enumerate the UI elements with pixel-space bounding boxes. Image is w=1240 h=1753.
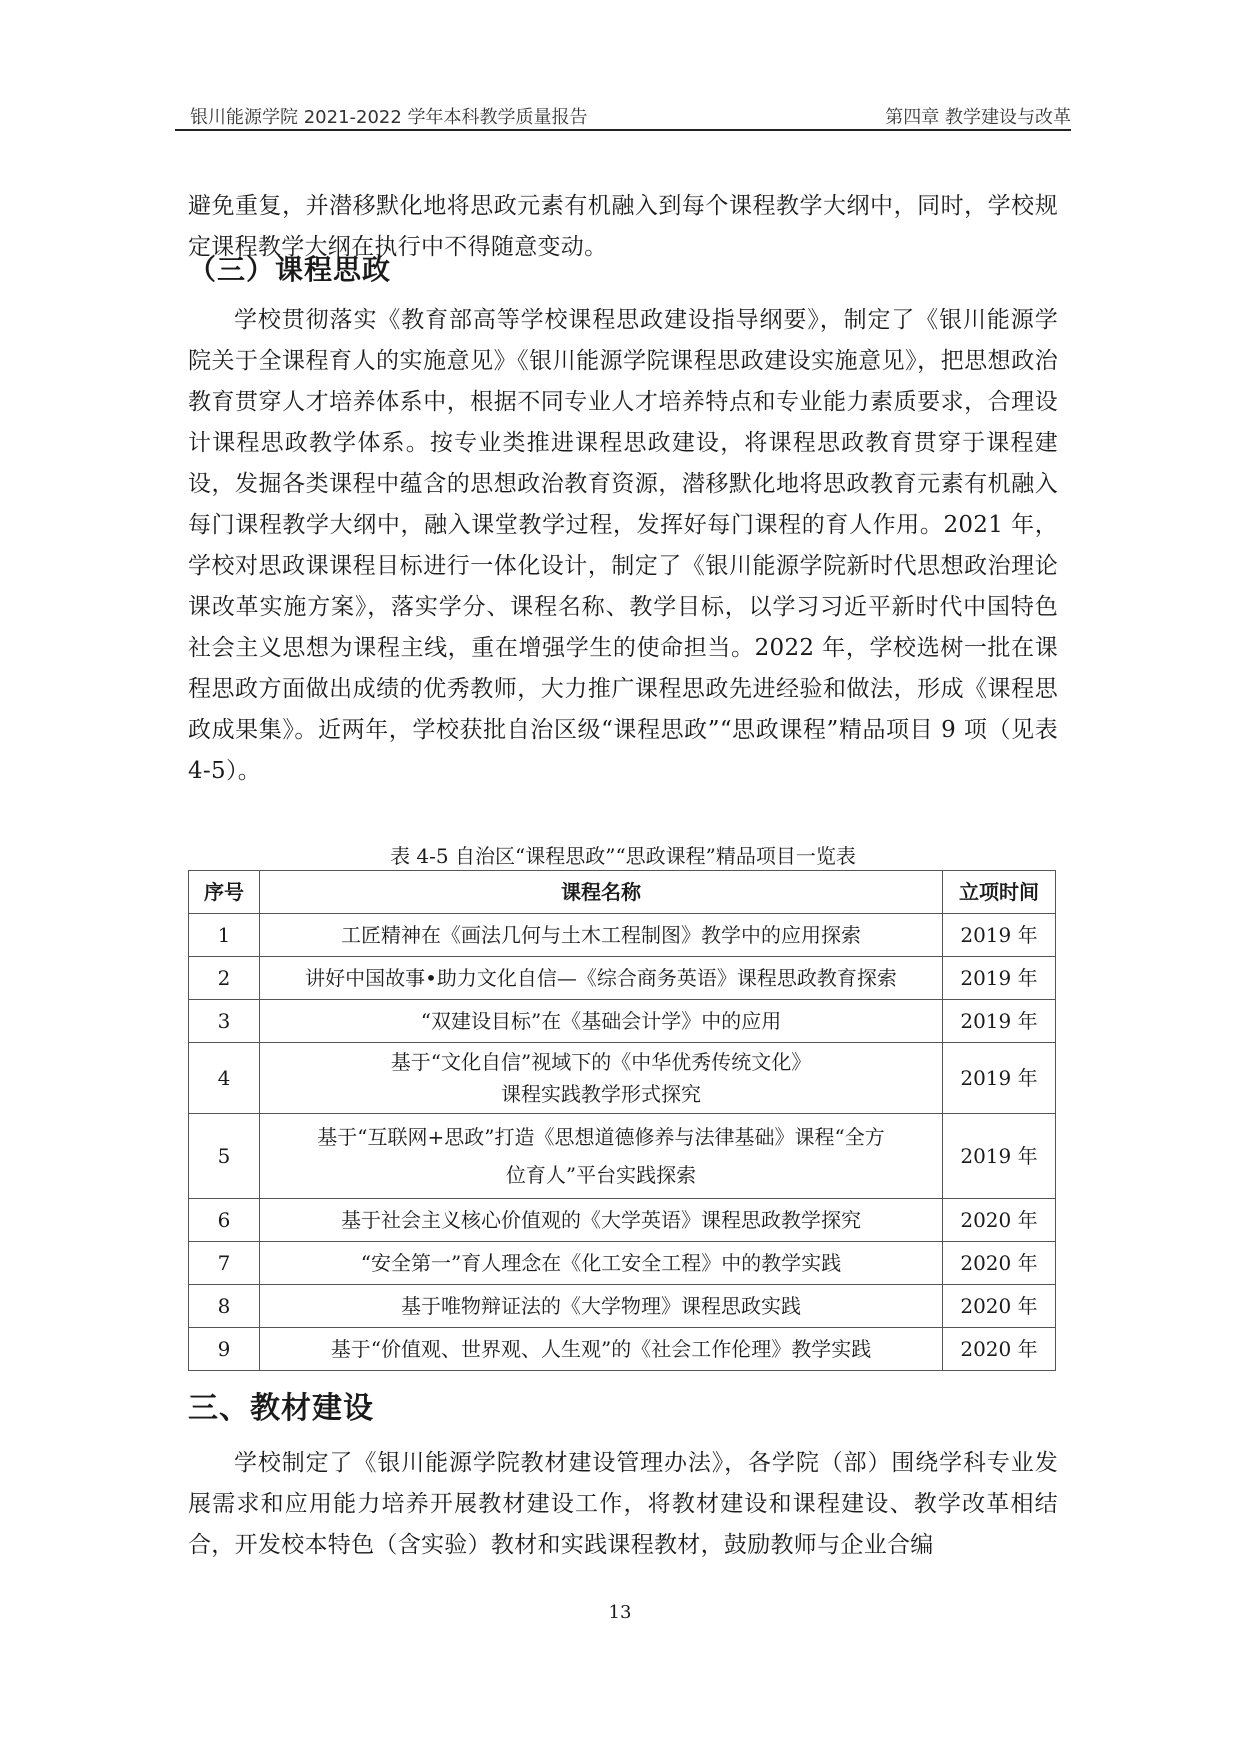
row-course-name: 基于唯物辩证法的《大学物理》课程思政实践 [260, 1285, 943, 1328]
header-divider [175, 129, 1071, 131]
row-index: 6 [189, 1199, 260, 1242]
page-number: 13 [0, 1602, 1240, 1623]
section-heading-textbook: 三、教材建设 [188, 1383, 374, 1427]
row-index: 7 [189, 1242, 260, 1285]
row-year: 2019 年 [943, 1000, 1056, 1043]
row-course-name-line2: 位育人”平台实践探索 [266, 1156, 936, 1194]
row-course-name: 讲好中国故事•助力文化自信—《综合商务英语》课程思政教育探索 [260, 957, 943, 1000]
table-row: 7 “安全第一”育人理念在《化工安全工程》中的教学实践 2020 年 [189, 1242, 1056, 1285]
row-index: 8 [189, 1285, 260, 1328]
table-row: 1 工匠精神在《画法几何与土木工程制图》教学中的应用探索 2019 年 [189, 914, 1056, 957]
row-index: 9 [189, 1328, 260, 1371]
projects-table: 序号 课程名称 立项时间 1 工匠精神在《画法几何与土木工程制图》教学中的应用探… [188, 870, 1056, 1371]
row-year: 2020 年 [943, 1199, 1056, 1242]
row-course-name: “双建设目标”在《基础会计学》中的应用 [260, 1000, 943, 1043]
row-year: 2019 年 [943, 1114, 1056, 1199]
table-row: 6 基于社会主义核心价值观的《大学英语》课程思政教学探究 2020 年 [189, 1199, 1056, 1242]
col-header-index: 序号 [189, 871, 260, 914]
row-year: 2019 年 [943, 957, 1056, 1000]
row-course-name: 基于“价值观、世界观、人生观”的《社会工作伦理》教学实践 [260, 1328, 943, 1371]
row-year: 2020 年 [943, 1242, 1056, 1285]
row-index: 5 [189, 1114, 260, 1199]
section-heading-course-ideology: （三）课程思政 [188, 248, 391, 288]
row-course-name: 工匠精神在《画法几何与土木工程制图》教学中的应用探索 [260, 914, 943, 957]
row-course-name-line2: 课程实践教学形式探究 [266, 1078, 936, 1110]
row-course-name: 基于“互联网+思政”打造《思想道德修养与法律基础》课程“全方 位育人”平台实践探… [260, 1114, 943, 1199]
table-caption: 表 4-5 自治区“课程思政”“思政课程”精品项目一览表 [188, 840, 1058, 869]
table-row: 3 “双建设目标”在《基础会计学》中的应用 2019 年 [189, 1000, 1056, 1043]
row-course-name: 基于“文化自信”视域下的《中华优秀传统文化》 课程实践教学形式探究 [260, 1043, 943, 1114]
row-index: 2 [189, 957, 260, 1000]
row-year: 2020 年 [943, 1328, 1056, 1371]
row-year: 2019 年 [943, 1043, 1056, 1114]
header-chapter-title: 第四章 教学建设与改革 [885, 103, 1071, 129]
row-year: 2020 年 [943, 1285, 1056, 1328]
table-row: 5 基于“互联网+思政”打造《思想道德修养与法律基础》课程“全方 位育人”平台实… [189, 1114, 1056, 1199]
row-index: 1 [189, 914, 260, 957]
row-course-name-line1: 基于“互联网+思政”打造《思想道德修养与法律基础》课程“全方 [266, 1118, 936, 1156]
row-course-name-line1: 基于“文化自信”视域下的《中华优秀传统文化》 [266, 1046, 936, 1078]
row-index: 3 [189, 1000, 260, 1043]
table-row: 2 讲好中国故事•助力文化自信—《综合商务英语》课程思政教育探索 2019 年 [189, 957, 1056, 1000]
table-row: 9 基于“价值观、世界观、人生观”的《社会工作伦理》教学实践 2020 年 [189, 1328, 1056, 1371]
textbook-paragraph: 学校制定了《银川能源学院教材建设管理办法》，各学院（部）围绕学科专业发展需求和应… [188, 1443, 1058, 1566]
row-index: 4 [189, 1043, 260, 1114]
table-header-row: 序号 课程名称 立项时间 [189, 871, 1056, 914]
table-row: 8 基于唯物辩证法的《大学物理》课程思政实践 2020 年 [189, 1285, 1056, 1328]
col-header-course-name: 课程名称 [260, 871, 943, 914]
course-ideology-paragraph: 学校贯彻落实《教育部高等学校课程思政建设指导纲要》，制定了《银川能源学院关于全课… [188, 300, 1058, 792]
table-row: 4 基于“文化自信”视域下的《中华优秀传统文化》 课程实践教学形式探究 2019… [189, 1043, 1056, 1114]
col-header-year: 立项时间 [943, 871, 1056, 914]
row-course-name: 基于社会主义核心价值观的《大学英语》课程思政教学探究 [260, 1199, 943, 1242]
header-report-title: 银川能源学院 2021-2022 学年本科教学质量报告 [190, 103, 588, 129]
row-year: 2019 年 [943, 914, 1056, 957]
row-course-name: “安全第一”育人理念在《化工安全工程》中的教学实践 [260, 1242, 943, 1285]
